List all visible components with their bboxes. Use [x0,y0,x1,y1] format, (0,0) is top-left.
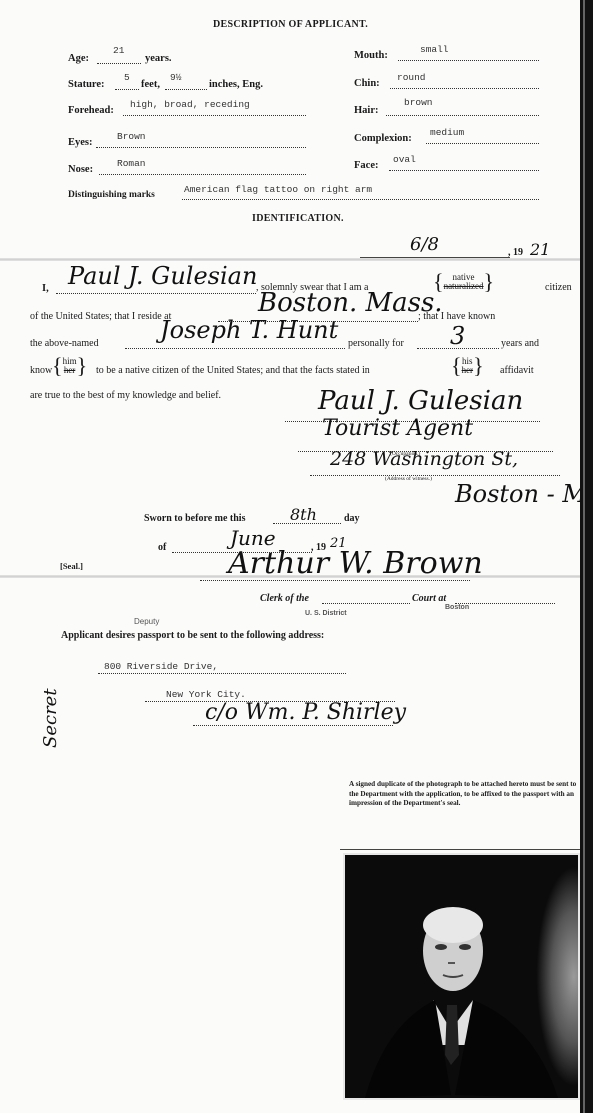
application-page: DESCRIPTION OF APPLICANT. Age: 21 years.… [0,0,580,1113]
sworn-text: Sworn to before me this [144,513,245,524]
years-and-text: years and [501,338,539,349]
nose-value: Roman [117,158,146,169]
clerk-signature: Arthur W. Brown [228,546,483,581]
of-us-text: of the United States; that I reside at [30,311,171,322]
i-label: I, [42,283,49,294]
witness-name: Paul J. Gulesian [68,262,257,290]
know-text: know [30,365,52,376]
stature-inches: 9½ [170,72,181,83]
pronoun-choice-his-her: {hisher} [451,353,484,379]
known-text: ; that I have known [418,311,495,322]
native-citizen-text: to be a native citizen of the United Sta… [96,365,370,376]
year-value: 21 [530,240,550,259]
face-label: Face: [354,160,378,171]
applicant-portrait-icon [345,855,578,1098]
nose-label: Nose: [68,164,93,175]
years-known-value: 3 [450,322,465,350]
sworn-day-value: 8th [290,505,317,524]
age-value: 21 [113,45,124,56]
forehead-value: high, broad, receding [130,99,250,110]
face-value: oval [393,154,416,165]
above-named-text: the above-named [30,338,99,349]
naturalized-option: naturalized [444,281,484,291]
chin-value: round [397,72,426,83]
mailing-line1: 800 Riverside Drive, [104,661,218,672]
mailing-label: Applicant desires passport to be sent to… [61,630,324,641]
marks-value: American flag tattoo on right arm [184,184,372,195]
city-stamp: Boston [445,604,469,611]
age-suffix: years. [145,53,172,64]
witness-signature: Paul J. Gulesian [318,386,523,416]
court-label: Court at [412,593,446,604]
witness-address-line2: Boston - Mass [455,480,593,508]
chin-label: Chin: [354,78,380,89]
stature-label: Stature: [68,79,105,90]
feet-label: feet, [141,79,160,90]
mailing-line2: New York City. [166,689,246,700]
complexion-value: medium [430,127,464,138]
photo-note: A signed duplicate of the photograph to … [349,780,579,809]
address-label: (Address of witness.) [385,476,432,482]
date-value: 6/8 [410,234,439,255]
inches-label: inches, Eng. [209,79,263,90]
margin-initials: Secret [40,688,61,748]
deputy-stamp: Deputy [134,617,159,626]
of-label: of [158,542,166,553]
hair-label: Hair: [354,105,379,116]
identification-title: IDENTIFICATION. [252,213,344,224]
belief-text: are true to the best of my knowledge and… [30,390,221,401]
description-title: DESCRIPTION OF APPLICANT. [213,19,368,30]
hair-value: brown [404,97,433,108]
eyes-label: Eyes: [68,137,93,148]
eyes-value: Brown [117,131,146,142]
citizen-text: citizen [545,282,572,293]
page-fold [0,258,590,261]
occupation-value: Tourist Agent [322,416,473,441]
residence-value: Boston. Mass. [258,288,443,318]
forehead-label: Forehead: [68,105,114,116]
witness-address-line1: 248 Washington St, [330,448,518,470]
court-stamp: U. S. District [305,610,347,617]
stature-feet: 5 [124,72,130,83]
pronoun-choice-him-her: {himher} [52,353,87,379]
seal-label: [Seal.] [60,561,83,571]
applicant-photo [343,853,580,1100]
marks-label: Distinguishing marks [68,190,155,200]
affidavit-text: affidavit [500,365,534,376]
page-edge [580,0,593,1113]
year-prefix: , 19 [508,247,523,258]
complexion-label: Complexion: [354,133,412,144]
age-label: Age: [68,53,89,64]
mailing-line3: c/o Wm. P. Shirley [205,700,406,725]
personally-for-text: personally for [348,338,404,349]
applicant-name: Joseph T. Hunt [160,316,338,344]
clerk-label: Clerk of the [260,593,309,604]
mouth-value: small [420,44,449,55]
day-label: day [344,513,360,524]
mouth-label: Mouth: [354,50,388,61]
